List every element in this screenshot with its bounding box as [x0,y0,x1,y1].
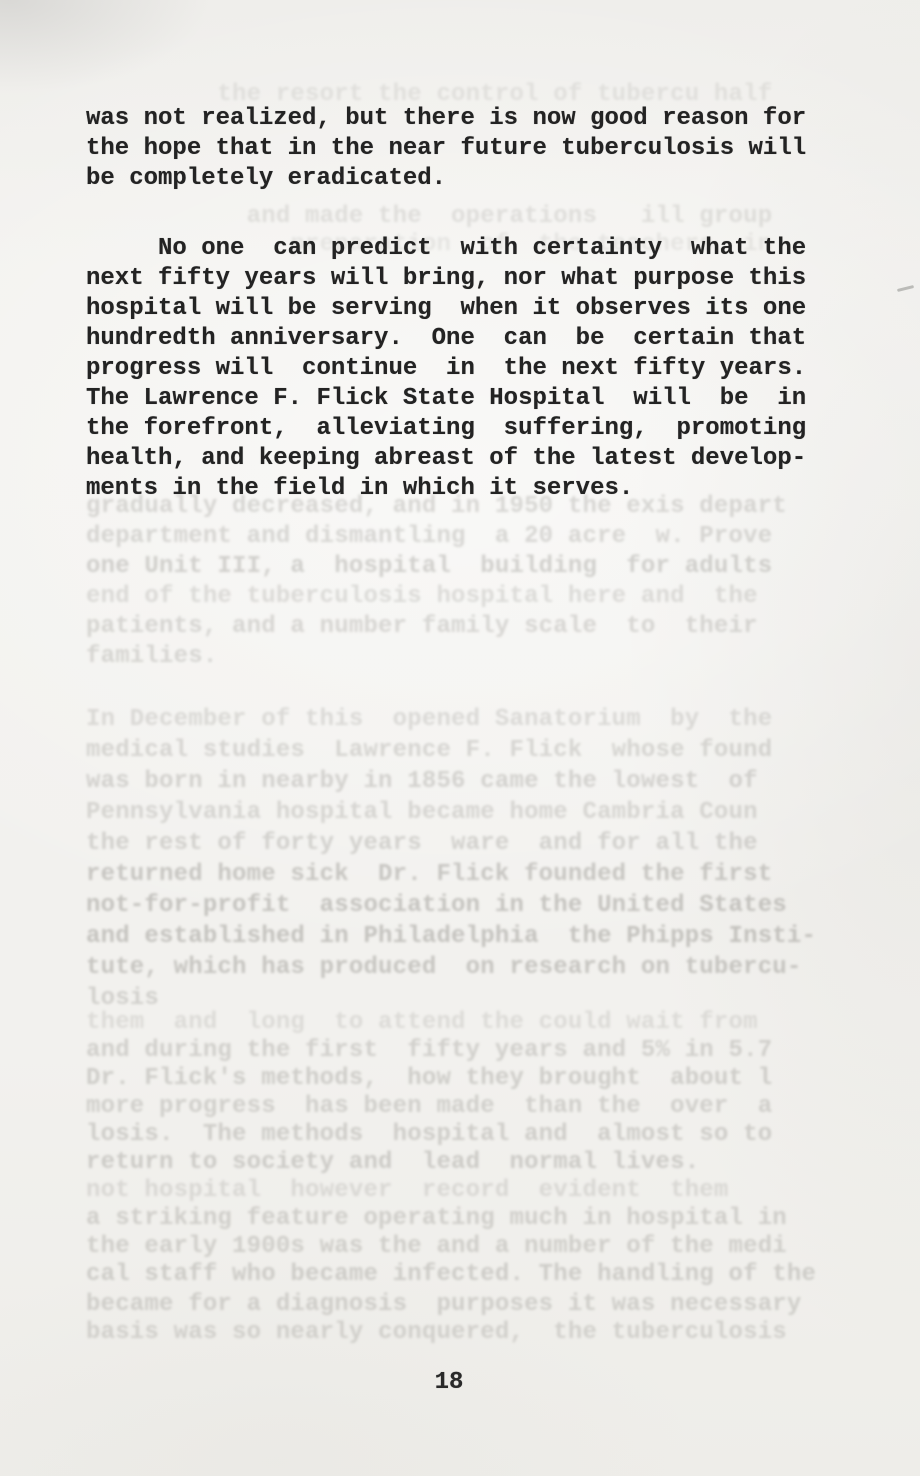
text-line: health, and keeping abreast of the lates… [86,444,812,474]
bleed-through-line: a striking feature operating much in hos… [86,1204,826,1234]
bleed-through-line: patients, and a number family scale to t… [86,612,826,642]
scanned-document-page: the resort the control of tubercu half a… [0,0,920,1476]
bleed-through-line: medical studies Lawrence F. Flick whose … [86,736,826,766]
bleed-through-line: families. [86,642,826,672]
bleed-through-line: returned home sick Dr. Flick founded the… [86,860,826,890]
text-line: was not realized, but there is now good … [86,104,812,134]
bleed-through-line: and established in Philadelphia the Phip… [86,922,826,952]
text-line: No one can predict with certainty what t… [86,234,812,264]
paragraph-2: No one can predict with certainty what t… [86,234,812,504]
bleed-through-line: tute, which has produced on research on … [86,953,826,983]
page-number: 18 [86,1368,812,1398]
text-line: The Lawrence F. Flick State Hospital wil… [86,384,812,414]
text-line: be completely eradicated. [86,164,812,194]
text-line: hundredth anniversary. One can be certai… [86,324,812,354]
bleed-through-line: cal staff who became infected. The handl… [86,1260,826,1290]
body-text: was not realized, but there is now good … [86,104,812,504]
bleed-through-line: return to society and lead normal lives. [86,1148,826,1178]
bleed-through-line: losis. The methods hospital and almost s… [86,1120,826,1150]
text-line: the hope that in the near future tubercu… [86,134,812,164]
bleed-through-line: not-for-profit association in the United… [86,891,826,921]
bleed-through-line: was born in nearby in 1856 came the lowe… [86,767,826,797]
bleed-through-line: Dr. Flick's methods, how they brought ab… [86,1064,826,1094]
bleed-through-line: Pennsylvania hospital became home Cambri… [86,798,826,828]
paragraph-1: was not realized, but there is now good … [86,104,812,194]
text-line: progress will continue in the next fifty… [86,354,812,384]
text-line: hospital will be serving when it observe… [86,294,812,324]
bleed-through-line: them and long to attend the could wait f… [86,1008,826,1038]
bleed-through-line: more progress has been made than the ove… [86,1092,826,1122]
bleed-through-line: the early 1900s was the and a number of … [86,1232,826,1262]
bleed-through-line: became for a diagnosis purposes it was n… [86,1290,826,1320]
bleed-through-line: the rest of forty years ware and for all… [86,829,826,859]
bleed-through-line: end of the tuberculosis hospital here an… [86,582,826,612]
bleed-through-line: basis was so nearly conquered, the tuber… [86,1318,826,1348]
text-line: ments in the field in which it serves. [86,474,812,504]
text-line: the forefront, alleviating suffering, pr… [86,414,812,444]
bleed-through-line: and during the first fifty years and 5% … [86,1036,826,1066]
bleed-through-line: one Unit III, a hospital building for ad… [86,552,826,582]
bleed-through-line: not hospital however record evident them [86,1176,826,1206]
bleed-through-line: In December of this opened Sanatorium by… [86,705,826,735]
text-line: next fifty years will bring, nor what pu… [86,264,812,294]
bleed-through-line: department and dismantling a 20 acre w. … [86,522,826,552]
